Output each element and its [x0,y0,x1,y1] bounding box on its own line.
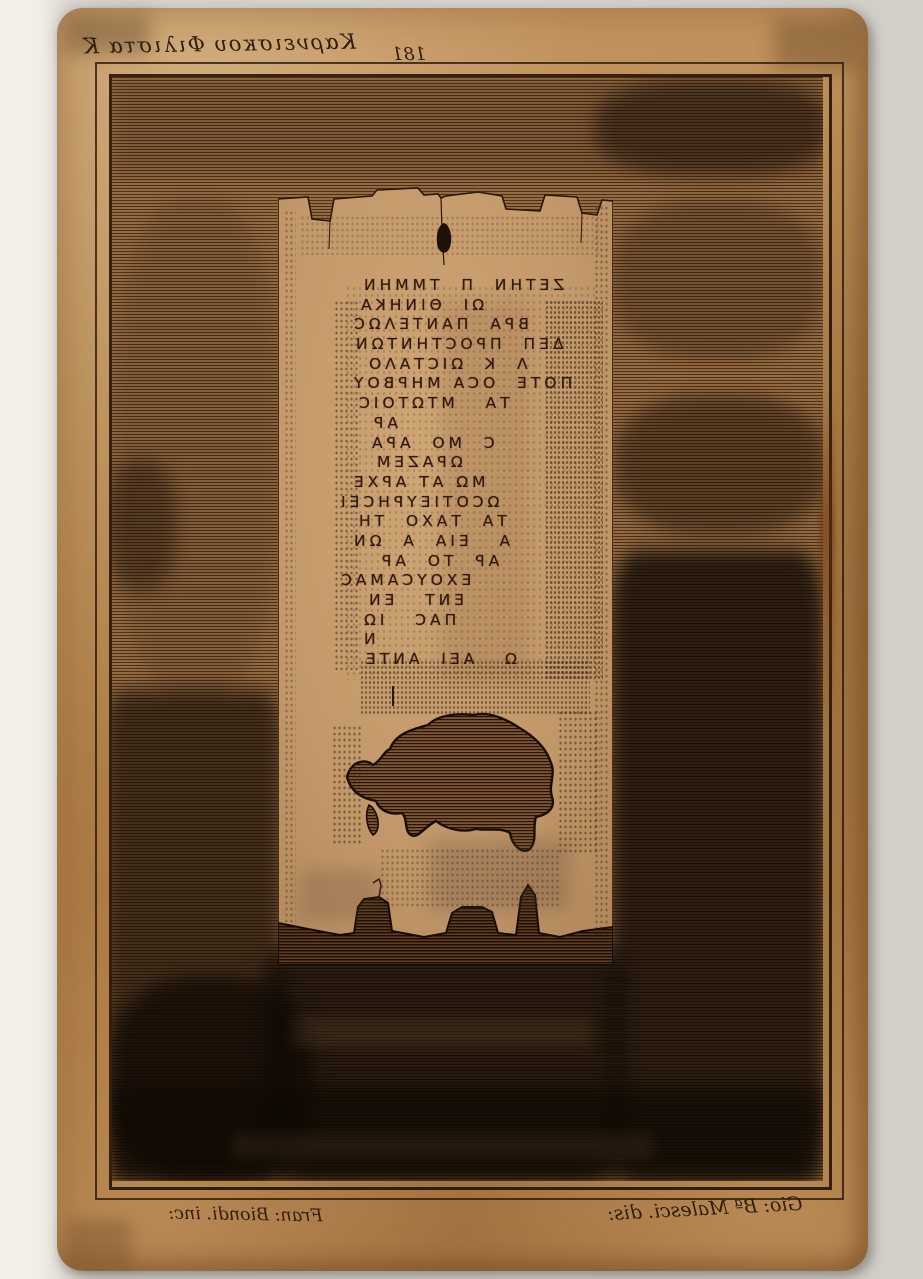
crack-mark [392,686,394,706]
greek-text-line: ΠΑC ΙΩ [337,611,590,631]
greek-text-line: ΩΡΑΖΕΜ [337,453,590,473]
greek-text-block: ΖΕΤΗΝ Π ΤΜΜΗΝΩΙ ΘΙΝΗΚΑΒΡΑ ΠΑΝΤΕΛΩCΔΕΠ ΠΡ… [337,276,590,670]
greek-text-line: Λ Κ ΩΙCΤΑΛΟ [337,355,590,375]
greek-text-line: ΠΟΤΕ ΟCΑ ΜΗΡΒΟΥ [337,374,590,394]
greek-text-line: ΜΩ ΑΤ ΑΡΧΕ [337,473,590,493]
margin-smudge [775,18,857,70]
stipple-patch [558,710,600,855]
greek-text-line: Α ΕΙΑ Α ΩΝ [337,532,590,552]
stipple-patch [300,215,600,255]
signature-engraver: Fran: Biondi. inc: [148,1203,343,1226]
margin-smudge [65,14,149,54]
greek-text-line: ΖΕΤΗΝ Π ΤΜΜΗΝ [337,276,590,296]
greek-text-line: ΑΡ [337,414,590,434]
greek-text-line: Ω ΑΕΙ ΑΝΤΕ [337,650,590,670]
papyrus-facsimile-panel: ΖΕΤΗΝ Π ΤΜΜΗΝΩΙ ΘΙΝΗΚΑΒΡΑ ΠΑΝΤΕΛΩCΔΕΠ ΠΡ… [278,185,613,965]
greek-text-line: Ν [337,630,590,650]
copper-plate: Καρνεισκου Φιλιστα Κ̅ 181 [57,8,868,1271]
stipple-patch [380,848,560,908]
greek-text-line: C ΜΟ ΑΡΑ [337,434,590,454]
greek-text-line: ΤΑ ΜΤΩΤΟΙC [337,394,590,414]
margin-smudge [67,1220,131,1266]
greek-text-line: ΤΑ ΤΑΧΟ ΤΗ [337,512,590,532]
stipple-patch [332,725,362,845]
panel-smudge [300,870,380,920]
greek-text-line: ΕΝΤ ΕΝ [337,591,590,611]
greek-text-line: ΕΧΟΥCΑΜΑC [337,571,590,591]
greek-text-line: ΑΡ ΤΟ ΑΡ [337,552,590,572]
photograph-background: Καρνεισκου Φιλιστα Κ̅ 181 [0,0,923,1279]
greek-text-line: ΒΡΑ ΠΑΝΤΕΛΩC [337,315,590,335]
greek-text-line: ΔΕΠ ΠΡΟCΤΗΝΤΩΝ [337,335,590,355]
stipple-column [284,210,296,940]
margin-streak [819,393,835,723]
greek-text-line: ΩΙ ΘΙΝΗΚΑ [337,296,590,316]
greek-text-line: ΩCΟΤΙΕΥΡΗCΕΙ [337,493,590,513]
